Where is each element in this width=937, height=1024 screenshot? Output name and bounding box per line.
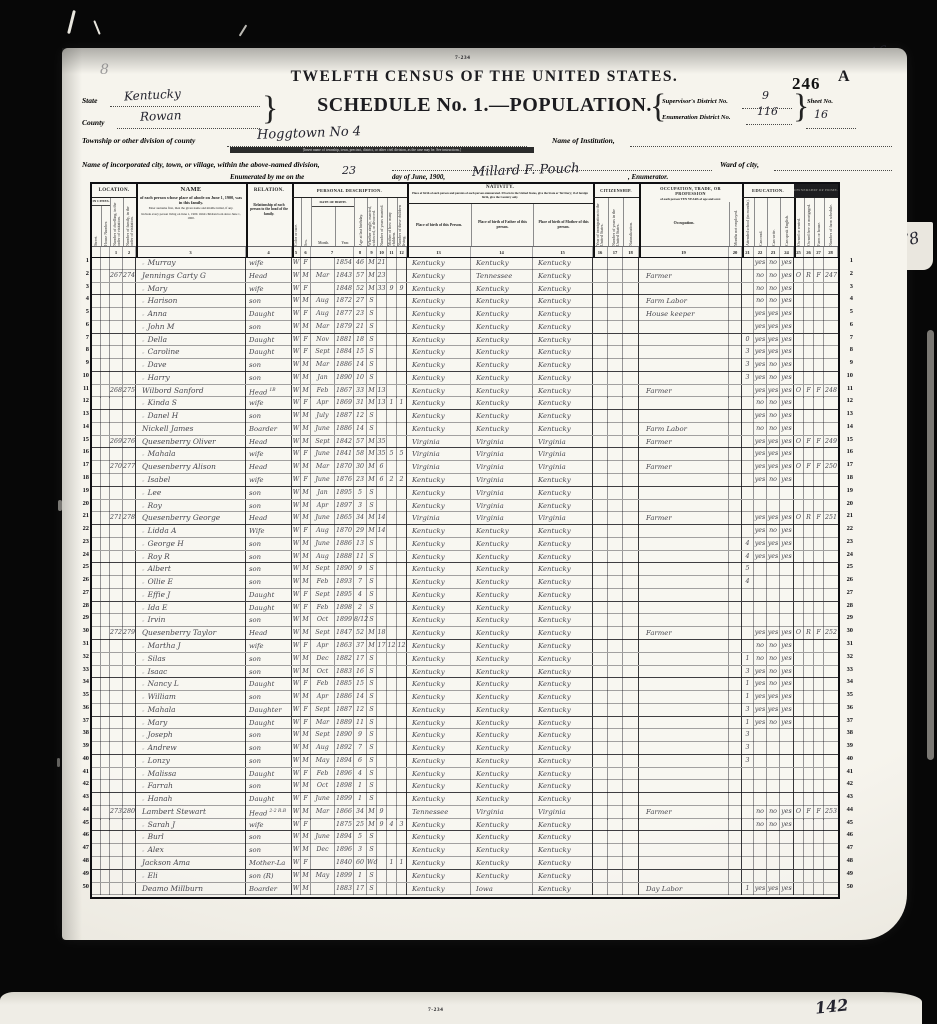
cell-im	[593, 640, 608, 653]
cell-moc	[387, 755, 397, 768]
cell-mu	[729, 525, 742, 538]
cell-d	[110, 283, 123, 296]
cell-mu	[729, 334, 742, 347]
cell-age: 2	[354, 602, 367, 615]
group-location: LOCATION.	[92, 184, 136, 198]
cell-own	[794, 844, 804, 857]
census-row: „Martha JwifeWFApr186337M171212KentuckyK…	[92, 640, 838, 653]
cell-pb: Kentucky	[407, 678, 471, 691]
cell-m: Oct	[311, 780, 335, 793]
cell-m: Feb	[311, 576, 335, 589]
cell-sch	[742, 819, 754, 832]
cell-pf: Kentucky	[471, 640, 533, 653]
cell-wr: yes	[767, 704, 780, 717]
ditto-mark: „	[142, 656, 145, 662]
cell-f	[123, 755, 136, 768]
cell-y: 1890	[335, 563, 354, 576]
cell-m: Mar	[311, 359, 335, 372]
row-number: 14	[75, 421, 89, 434]
cell-mu	[729, 831, 742, 844]
cell-age: 3	[354, 500, 367, 513]
cell-s: F	[301, 704, 311, 717]
cell-mu	[729, 448, 742, 461]
cell-nz	[623, 512, 639, 525]
cell-s: F	[301, 334, 311, 347]
cell-ho	[101, 334, 110, 347]
cell-fh	[814, 614, 824, 627]
cell-cl	[397, 436, 407, 449]
cell-yu	[608, 372, 623, 385]
cell-f	[123, 831, 136, 844]
row-number: 3	[75, 281, 89, 294]
cell-en: yes	[780, 691, 794, 704]
cell-ho	[101, 461, 110, 474]
cell-ho	[101, 844, 110, 857]
cell-wr	[767, 729, 780, 742]
cell-f	[123, 346, 136, 359]
cell-y: 1889	[335, 717, 354, 730]
row-number: 37	[839, 715, 853, 728]
row-number: 49	[839, 868, 853, 881]
ditto-mark: „	[142, 451, 145, 457]
cell-mar: M	[367, 385, 377, 399]
cell-name: „Lonzy	[136, 755, 246, 768]
cell-wr: no	[767, 270, 780, 283]
cell-fh	[814, 870, 824, 883]
cell-rd: yes	[754, 525, 767, 538]
cell-ho	[101, 831, 110, 844]
cell-st	[92, 334, 101, 347]
cell-cl	[397, 563, 407, 576]
cell-fs	[824, 487, 838, 500]
cell-s: M	[301, 755, 311, 768]
cell-wr: no	[767, 717, 780, 730]
cell-moc	[387, 691, 397, 704]
cell-own	[794, 870, 804, 883]
sheet-label: Sheet No.	[807, 98, 833, 105]
cell-st	[92, 487, 101, 500]
cell-c: W	[292, 768, 301, 781]
cell-mtg	[804, 742, 814, 755]
cell-y: 1863	[335, 640, 354, 653]
cell-pf: Kentucky	[471, 653, 533, 666]
cell-y: 1886	[335, 691, 354, 704]
cell-name: Wilbord Sanford	[136, 385, 246, 399]
cell-age: 31	[354, 397, 367, 410]
group-citizenship: CITIZENSHIP.	[593, 184, 639, 198]
row-number: 7	[839, 332, 853, 345]
cell-fh	[814, 793, 824, 806]
cell-st	[92, 397, 101, 410]
cell-mu	[729, 512, 742, 525]
cell-s: M	[301, 883, 311, 896]
enumerated-pre: Enumerated by me on the	[230, 173, 304, 181]
cell-cl	[397, 346, 407, 359]
cell-wr: no	[767, 359, 780, 372]
cell-yu	[608, 729, 623, 742]
cell-fh: F	[814, 627, 824, 640]
cell-pf: Kentucky	[471, 870, 533, 883]
cell-f	[123, 729, 136, 742]
cell-fh	[814, 831, 824, 844]
cell-ym: 9	[377, 819, 387, 832]
row-number: 12	[75, 395, 89, 408]
cell-moc	[387, 308, 397, 321]
cell-sch	[742, 385, 754, 399]
cell-m	[311, 283, 335, 296]
cell-rel: son	[246, 410, 292, 423]
cell-name: „William	[136, 691, 246, 704]
cell-name: „Joseph	[136, 729, 246, 742]
cell-fh	[814, 334, 824, 347]
cell-yu	[608, 321, 623, 334]
cell-d	[110, 423, 123, 436]
cell-age: 8/12	[354, 614, 367, 627]
cell-ho	[101, 410, 110, 423]
cell-wr	[767, 755, 780, 768]
ditto-mark: „	[142, 311, 145, 317]
cell-s: M	[301, 806, 311, 820]
cell-mtg: R	[804, 270, 814, 283]
cell-own	[794, 704, 804, 717]
cell-im	[593, 678, 608, 691]
cell-f	[123, 717, 136, 730]
cell-s: M	[301, 461, 311, 474]
cell-im	[593, 614, 608, 627]
cell-pb: Kentucky	[407, 257, 471, 270]
row-number: 27	[75, 587, 89, 600]
cell-d	[110, 793, 123, 806]
cell-mu	[729, 819, 742, 832]
cell-rd: yes	[754, 359, 767, 372]
cell-c: W	[292, 308, 301, 321]
col-naturalization: Naturalization.	[623, 198, 639, 246]
cell-wr: yes	[767, 448, 780, 461]
census-row: „MaryDaughtWFMar188911SKentuckyKentuckyK…	[92, 717, 838, 730]
ditto-mark: „	[142, 605, 145, 611]
cell-nz	[623, 551, 639, 564]
row-number: 5	[75, 306, 89, 319]
cell-wr: yes	[767, 334, 780, 347]
cell-pm: Virginia	[533, 461, 593, 474]
cell-name: „Eli	[136, 870, 246, 883]
cell-pf: Kentucky	[471, 666, 533, 679]
census-table: LOCATION. IN CITIES. Street. House Numbe…	[90, 182, 840, 899]
cell-en: yes	[780, 883, 794, 896]
cell-cl	[397, 321, 407, 334]
cell-rel: son	[246, 614, 292, 627]
cell-fs	[824, 653, 838, 666]
group-nativity: NATIVITY. Place of birth of each person …	[407, 184, 593, 204]
cell-age: 15	[354, 678, 367, 691]
paper-edge-sliver	[927, 330, 934, 760]
cell-ym	[377, 857, 387, 870]
cell-ho	[101, 793, 110, 806]
cell-im	[593, 819, 608, 832]
cell-cl	[397, 538, 407, 551]
cell-pm: Kentucky	[533, 423, 593, 436]
cell-st	[92, 691, 101, 704]
cell-moc	[387, 538, 397, 551]
cell-mar: M	[367, 819, 377, 832]
cell-fs	[824, 819, 838, 832]
cell-age: 11	[354, 717, 367, 730]
cell-ho	[101, 500, 110, 513]
cell-nz	[623, 704, 639, 717]
cell-mar: S	[367, 614, 377, 627]
cell-c: W	[292, 410, 301, 423]
col-family: Number of family, in the order of visita…	[123, 198, 136, 246]
cell-mu	[729, 602, 742, 615]
cell-im	[593, 589, 608, 602]
cell-st	[92, 410, 101, 423]
cell-sch	[742, 448, 754, 461]
cell-cl: 12	[397, 640, 407, 653]
cell-yu	[608, 270, 623, 283]
cell-y: 1875	[335, 819, 354, 832]
cell-y: 1886	[335, 538, 354, 551]
cell-en: yes	[780, 806, 794, 820]
cell-mtg	[804, 538, 814, 551]
cell-pf: Virginia	[471, 806, 533, 820]
cell-moc	[387, 742, 397, 755]
cell-c: W	[292, 857, 301, 870]
cell-occ: Farmer	[639, 461, 729, 474]
cell-s: F	[301, 283, 311, 296]
cell-occ	[639, 257, 729, 270]
cell-mtg	[804, 346, 814, 359]
cell-f	[123, 359, 136, 372]
cell-pb: Kentucky	[407, 653, 471, 666]
cell-c: W	[292, 257, 301, 270]
cell-m: June	[311, 474, 335, 487]
cell-rel: Head	[246, 461, 292, 474]
cell-im	[593, 397, 608, 410]
cell-occ	[639, 844, 729, 857]
cell-fs	[824, 295, 838, 308]
cell-y: 1892	[335, 742, 354, 755]
cell-sch: 1	[742, 691, 754, 704]
cell-pf: Kentucky	[471, 525, 533, 538]
cell-own: O	[794, 461, 804, 474]
cell-m: Jan	[311, 372, 335, 385]
col-dob: DATE OF BIRTH. Month. Year.	[311, 198, 354, 246]
cell-ho	[101, 653, 110, 666]
cell-y: 1886	[335, 359, 354, 372]
cell-y: 1865	[335, 512, 354, 525]
cell-fs	[824, 500, 838, 513]
cell-im	[593, 525, 608, 538]
cell-c: W	[292, 448, 301, 461]
cell-name: Jennings Carty G	[136, 270, 246, 283]
cell-d	[110, 857, 123, 870]
cell-y: 1866	[335, 806, 354, 820]
cell-pm: Kentucky	[533, 474, 593, 487]
cell-st	[92, 729, 101, 742]
cell-ym	[377, 602, 387, 615]
cell-y: 1876	[335, 474, 354, 487]
cell-fs: 250	[824, 461, 838, 474]
cell-s: F	[301, 768, 311, 781]
cell-st	[92, 500, 101, 513]
cell-rd: yes	[754, 436, 767, 449]
cell-rd	[754, 857, 767, 870]
cell-d	[110, 525, 123, 538]
row-number: 8	[839, 344, 853, 357]
cell-ym	[377, 653, 387, 666]
cell-m: Aug	[311, 551, 335, 564]
cell-fh	[814, 780, 824, 793]
cell-moc	[387, 780, 397, 793]
cell-ho	[101, 729, 110, 742]
cell-wr: no	[767, 372, 780, 385]
row-number: 48	[839, 855, 853, 868]
cell-fs	[824, 410, 838, 423]
row-number: 28	[839, 600, 853, 613]
cell-mar: M	[367, 640, 377, 653]
cell-c: W	[292, 717, 301, 730]
row-number: 10	[839, 370, 853, 383]
cell-y: 1877	[335, 308, 354, 321]
cell-sch	[742, 589, 754, 602]
cell-en: yes	[780, 257, 794, 270]
cell-mu	[729, 308, 742, 321]
cell-pm: Kentucky	[533, 283, 593, 296]
cell-cl	[397, 793, 407, 806]
cell-fh	[814, 742, 824, 755]
cell-pf: Virginia	[471, 487, 533, 500]
cell-fs	[824, 602, 838, 615]
cell-own	[794, 666, 804, 679]
cell-sch	[742, 806, 754, 820]
cell-moc: 9	[387, 283, 397, 296]
cell-wr	[767, 500, 780, 513]
cell-mar: S	[367, 295, 377, 308]
cell-wr	[767, 780, 780, 793]
cell-own	[794, 857, 804, 870]
col-mortgage: Owned free or mortgaged.	[804, 198, 814, 246]
row-number: 31	[839, 638, 853, 651]
cell-pb: Virginia	[407, 448, 471, 461]
cell-ym	[377, 346, 387, 359]
cell-yu	[608, 563, 623, 576]
cell-pf: Virginia	[471, 474, 533, 487]
cell-s: F	[301, 857, 311, 870]
row-number: 15	[839, 434, 853, 447]
cell-mu	[729, 729, 742, 742]
cell-cl	[397, 717, 407, 730]
cell-rd: yes	[754, 512, 767, 525]
cell-c: W	[292, 780, 301, 793]
cell-im	[593, 372, 608, 385]
cell-m: Oct	[311, 614, 335, 627]
cell-age: 46	[354, 257, 367, 270]
cell-ym	[377, 717, 387, 730]
cell-rel: son	[246, 780, 292, 793]
cell-im	[593, 295, 608, 308]
cell-mtg: R	[804, 627, 814, 640]
cell-st	[92, 346, 101, 359]
cell-y: 1899	[335, 793, 354, 806]
cell-wr	[767, 576, 780, 589]
cell-f	[123, 742, 136, 755]
cell-mtg	[804, 678, 814, 691]
cell-mar: M	[367, 627, 377, 640]
ditto-mark: „	[142, 503, 145, 509]
cell-c: W	[292, 385, 301, 399]
ditto-mark: „	[142, 796, 145, 802]
cell-ho	[101, 321, 110, 334]
cell-yu	[608, 283, 623, 296]
cell-moc	[387, 729, 397, 742]
cell-nz	[623, 283, 639, 296]
cell-name: „Dave	[136, 359, 246, 372]
cell-name: „Alex	[136, 844, 246, 857]
cell-mu	[729, 474, 742, 487]
cell-c: W	[292, 359, 301, 372]
cell-moc	[387, 487, 397, 500]
cell-y: 1847	[335, 627, 354, 640]
cell-d	[110, 410, 123, 423]
cell-fh	[814, 525, 824, 538]
cell-mtg	[804, 780, 814, 793]
cell-rd: no	[754, 653, 767, 666]
cell-rel: son	[246, 487, 292, 500]
cell-occ	[639, 614, 729, 627]
ward-line	[774, 160, 892, 171]
cell-rd: yes	[754, 385, 767, 399]
cell-moc: 2	[387, 474, 397, 487]
cell-fh	[814, 576, 824, 589]
row-number: 16	[839, 446, 853, 459]
cell-mu	[729, 372, 742, 385]
cell-nz	[623, 678, 639, 691]
cell-own: O	[794, 436, 804, 449]
cell-en	[780, 563, 794, 576]
cell-im	[593, 844, 608, 857]
cell-nz	[623, 857, 639, 870]
cell-d	[110, 308, 123, 321]
row-number: 17	[75, 459, 89, 472]
cell-im	[593, 627, 608, 640]
cell-cl	[397, 844, 407, 857]
cell-mu	[729, 678, 742, 691]
cell-mar: S	[367, 334, 377, 347]
col-months-unemployed: Months not employed.	[729, 202, 742, 246]
ditto-mark: „	[142, 286, 145, 292]
cell-fs	[824, 346, 838, 359]
cell-own	[794, 678, 804, 691]
cell-mar: S	[367, 780, 377, 793]
cell-rel: Wife	[246, 525, 292, 538]
cell-fh	[814, 819, 824, 832]
cell-c: W	[292, 755, 301, 768]
cell-nz	[623, 359, 639, 372]
cell-moc	[387, 666, 397, 679]
cell-nz	[623, 372, 639, 385]
cell-f	[123, 678, 136, 691]
cell-m: Feb	[311, 768, 335, 781]
cell-wr: no	[767, 423, 780, 436]
cell-im	[593, 448, 608, 461]
cell-y: 1881	[335, 334, 354, 347]
cell-ho	[101, 678, 110, 691]
cell-mar: S	[367, 653, 377, 666]
cell-d	[110, 538, 123, 551]
cell-name: „Della	[136, 334, 246, 347]
cell-d	[110, 346, 123, 359]
cell-ym	[377, 576, 387, 589]
